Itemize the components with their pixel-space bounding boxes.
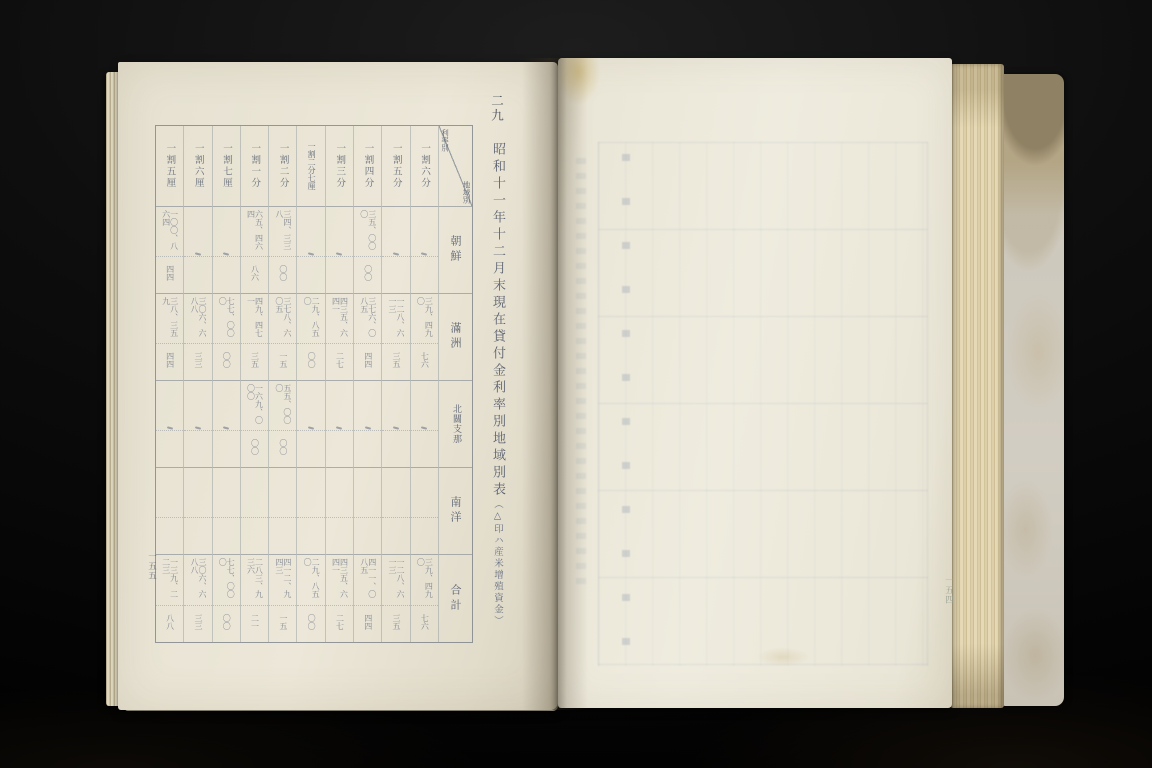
cell-value-integer: 三四、三三八 bbox=[269, 210, 296, 256]
table-cell bbox=[326, 381, 354, 468]
cell-value-decimal: 四四 bbox=[156, 258, 183, 289]
region-label: 朝鮮 bbox=[450, 235, 461, 265]
cell-value-integer: 五五、〇〇〇 bbox=[269, 384, 296, 430]
table-cell: 三〇六、六八八三三 bbox=[184, 294, 212, 381]
table-cell bbox=[382, 468, 410, 555]
table-cell: 三八、三五九四四 bbox=[156, 294, 184, 381]
region-label: 合計 bbox=[450, 584, 461, 614]
cell-value-integer-text: 七七、〇〇〇 bbox=[218, 297, 234, 343]
cell-value-decimal: 三五 bbox=[382, 606, 409, 637]
cell-value-integer-text: 二八三、九三六 bbox=[247, 558, 263, 604]
cell-value-integer: 三五、〇〇〇 bbox=[354, 210, 381, 256]
cell-value-integer: 三七六、〇八五 bbox=[354, 297, 381, 343]
region-label: 滿洲 bbox=[450, 322, 461, 352]
cell-value-integer-text: 三七六、〇八五 bbox=[360, 297, 376, 343]
cell-value-integer-text: 三四、三三八 bbox=[275, 210, 291, 256]
show-through-table bbox=[598, 142, 928, 666]
cell-value-integer: 四一一、〇八五 bbox=[354, 558, 381, 604]
rate-header-cell: 一割六厘 bbox=[184, 126, 212, 207]
region-row-header: 朝鮮 bbox=[439, 207, 472, 294]
region-row-header: 合計 bbox=[439, 555, 472, 642]
table-title: 昭和十一年十二月末現在貸付金利率別地域別表（△印ハ産米增殖資金） bbox=[489, 142, 505, 642]
table-cell bbox=[184, 381, 212, 468]
cell-value-integer-text: 四三五、六四一 bbox=[331, 558, 347, 604]
cell-value-integer: 一六九、〇〇〇 bbox=[241, 384, 268, 430]
rate-header-label: 一割五分 bbox=[391, 143, 401, 189]
table-cell: 三五、〇〇〇〇〇 bbox=[354, 207, 382, 294]
table-cell: 三〇六、六八八三三 bbox=[184, 555, 212, 642]
rate-header-label: 一割三分 bbox=[335, 143, 345, 189]
table-cell: 七七、〇〇〇〇〇 bbox=[213, 555, 241, 642]
cell-value-integer: 二九、八五〇 bbox=[297, 297, 324, 343]
nil-tick-mark bbox=[195, 252, 201, 255]
cell-value-integer: 四三五、六四一 bbox=[326, 558, 353, 604]
cell-value-integer-text: 三八、三五九 bbox=[162, 297, 178, 343]
table-cell: 三七六、〇八五四四 bbox=[354, 294, 382, 381]
cell-value-integer: 一二八、六一三 bbox=[382, 558, 409, 604]
table-cell bbox=[411, 381, 439, 468]
stained-back-page bbox=[1000, 74, 1064, 706]
cell-value-integer-text: 七七、〇〇〇 bbox=[218, 558, 234, 604]
cell-value-decimal: 三三 bbox=[184, 606, 211, 637]
cell-value-decimal: 七六 bbox=[411, 606, 438, 637]
table-cell: 一二八、六一三三五 bbox=[382, 294, 410, 381]
rate-header-label: 一割六分 bbox=[420, 143, 430, 189]
nil-tick-mark bbox=[421, 426, 427, 429]
left-page: 二九 一五五 昭和十一年十二月末現在貸付金利率別地域別表（△印ハ産米增殖資金） … bbox=[118, 62, 558, 710]
table-cell bbox=[326, 468, 354, 555]
cell-value-integer: 三〇六、六八八 bbox=[184, 297, 211, 343]
cell-value-integer: 二八三、九三六 bbox=[241, 558, 268, 604]
table-cell: 四一二、九四三一五 bbox=[269, 555, 297, 642]
table-cell: 四九、四七一三五 bbox=[241, 294, 269, 381]
paper-stain bbox=[560, 58, 612, 122]
table-cell bbox=[297, 381, 325, 468]
nil-tick-mark bbox=[308, 426, 314, 429]
show-through-title-column bbox=[576, 158, 586, 588]
cell-value-decimal: 二七 bbox=[326, 606, 353, 637]
cell-value-decimal: 〇〇 bbox=[297, 345, 324, 376]
cell-value-integer-text: 三五、〇〇〇 bbox=[360, 210, 376, 256]
cell-value-integer: 三九、四九〇 bbox=[411, 297, 438, 343]
table-cell: 三九、四九〇七六 bbox=[411, 294, 439, 381]
cell-value-integer-text: 五五、〇〇〇 bbox=[275, 384, 291, 430]
region-row-header: 北關支那 bbox=[439, 381, 472, 468]
cell-value-decimal: 四四 bbox=[354, 606, 381, 637]
nil-tick-mark bbox=[195, 426, 201, 429]
table-cell bbox=[354, 468, 382, 555]
table-cell: 一六九、〇〇〇〇〇 bbox=[241, 381, 269, 468]
cell-value-integer: 三〇六、六八八 bbox=[184, 558, 211, 604]
cell-value-integer: 六五、四六四 bbox=[241, 210, 268, 256]
cell-value-decimal: 八八 bbox=[156, 606, 183, 637]
cell-value-integer-text: 四一一、〇八五 bbox=[360, 558, 376, 604]
table-cell bbox=[382, 381, 410, 468]
cell-value-decimal: 三三 bbox=[184, 345, 211, 376]
cell-value-integer-text: 三〇六、六八八 bbox=[190, 558, 206, 604]
table-cell: 三四、三三八〇〇 bbox=[269, 207, 297, 294]
rate-header-label: 一割五厘 bbox=[165, 143, 175, 189]
photo-backdrop: 二九 一五五 昭和十一年十二月末現在貸付金利率別地域別表（△印ハ産米增殖資金） … bbox=[0, 0, 1152, 768]
table-cell bbox=[184, 207, 212, 294]
rate-header-cell: 一割一分 bbox=[241, 126, 269, 207]
table-cell: 五五、〇〇〇〇〇 bbox=[269, 381, 297, 468]
table-cell: 二九、八五〇〇〇 bbox=[297, 294, 325, 381]
cell-value-integer: 四九、四七一 bbox=[241, 297, 268, 343]
rate-header-label: 一割四分 bbox=[363, 143, 373, 189]
table-cell bbox=[213, 207, 241, 294]
cell-value-integer-text: 四三五、六四一 bbox=[331, 297, 347, 343]
table-corner-cell: 利率別地域別 bbox=[439, 126, 472, 207]
cell-value-decimal: 〇〇 bbox=[213, 345, 240, 376]
rate-header-cell: 一割三分 bbox=[326, 126, 354, 207]
table-cell: 六五、四六四八六 bbox=[241, 207, 269, 294]
table-cell: 二八三、九三六二一 bbox=[241, 555, 269, 642]
table-cell bbox=[156, 381, 184, 468]
cell-value-integer: 三八、三五九 bbox=[156, 297, 183, 343]
table-cell bbox=[269, 468, 297, 555]
table-cell bbox=[156, 468, 184, 555]
rate-header-label: 一割二分 bbox=[278, 143, 288, 189]
cell-value-decimal: 一五 bbox=[269, 606, 296, 637]
rate-header-label: 一割七厘 bbox=[221, 143, 231, 189]
region-row-header: 南洋 bbox=[439, 468, 472, 555]
cell-value-decimal: 〇〇 bbox=[213, 606, 240, 637]
cell-value-integer-text: 一〇〇、八六四 bbox=[162, 210, 178, 256]
table-cell: 二九、八五〇〇〇 bbox=[297, 555, 325, 642]
table-cell: 四一一、〇八五四四 bbox=[354, 555, 382, 642]
cell-value-decimal: 八六 bbox=[241, 258, 268, 289]
rate-header-label: 一割六厘 bbox=[193, 143, 203, 189]
table-cell: 一〇〇、八六四四四 bbox=[156, 207, 184, 294]
paper-stain-bottom bbox=[748, 644, 818, 670]
cell-value-integer-text: 二九、八五〇 bbox=[303, 297, 319, 343]
cell-value-integer: 一三九、二二三 bbox=[156, 558, 183, 604]
rate-header-label: 一割一分 bbox=[250, 143, 260, 189]
table-cell: 一三九、二二三八八 bbox=[156, 555, 184, 642]
nil-tick-mark bbox=[365, 426, 371, 429]
cell-value-integer-text: 六五、四六四 bbox=[247, 210, 263, 256]
nil-tick-mark bbox=[421, 252, 427, 255]
table-cell: 三七八、六〇五一五 bbox=[269, 294, 297, 381]
region-label: 北關支那 bbox=[451, 404, 460, 444]
cell-value-integer-text: 三九、四九〇 bbox=[416, 558, 432, 604]
table-cell: 一二八、六一三三五 bbox=[382, 555, 410, 642]
nil-tick-mark bbox=[223, 252, 229, 255]
cell-value-decimal: 四四 bbox=[156, 345, 183, 376]
nil-tick-mark bbox=[166, 426, 172, 429]
table-cell bbox=[411, 468, 439, 555]
fore-edge-page-stack bbox=[950, 64, 1004, 708]
cell-value-integer-text: 一三九、二二三 bbox=[162, 558, 178, 604]
cell-value-decimal: 〇〇 bbox=[354, 258, 381, 289]
cell-value-decimal: 〇〇 bbox=[297, 606, 324, 637]
rate-header-cell: 一割二分七厘 bbox=[297, 126, 325, 207]
table-cell bbox=[213, 381, 241, 468]
table-cell bbox=[382, 207, 410, 294]
table-cell bbox=[241, 468, 269, 555]
rate-table: 一割五厘一割六厘一割七厘一割一分一割二分一割二分七厘一割三分一割四分一割五分一割… bbox=[155, 125, 473, 643]
rate-header-cell: 一割六分 bbox=[411, 126, 439, 207]
cell-value-decimal: 四四 bbox=[354, 345, 381, 376]
cell-value-integer: 一二八、六一三 bbox=[382, 297, 409, 343]
cell-value-integer-text: 二九、八五〇 bbox=[303, 558, 319, 604]
cell-value-integer: 七七、〇〇〇 bbox=[213, 297, 240, 343]
cell-value-integer-text: 三〇六、六八八 bbox=[190, 297, 206, 343]
cell-value-decimal: 〇〇 bbox=[269, 432, 296, 463]
cell-value-decimal: 七六 bbox=[411, 345, 438, 376]
page-number-margin-right: 一五四 bbox=[944, 576, 953, 605]
table-cell: 七七、〇〇〇〇〇 bbox=[213, 294, 241, 381]
cell-value-decimal: 二一 bbox=[241, 606, 268, 637]
cell-value-integer-text: 四九、四七一 bbox=[247, 297, 263, 343]
cell-value-integer: 一〇〇、八六四 bbox=[156, 210, 183, 256]
table-cell bbox=[326, 207, 354, 294]
nil-tick-mark bbox=[308, 252, 314, 255]
table-cell: 三九、四九〇七六 bbox=[411, 555, 439, 642]
right-page: 一五四 bbox=[558, 58, 952, 708]
table-cell bbox=[297, 207, 325, 294]
cell-value-integer: 七七、〇〇〇 bbox=[213, 558, 240, 604]
table-cell bbox=[411, 207, 439, 294]
cell-value-decimal: 〇〇 bbox=[269, 258, 296, 289]
cell-value-decimal: 三五 bbox=[382, 345, 409, 376]
cell-value-integer: 三九、四九〇 bbox=[411, 558, 438, 604]
table-cell: 四三五、六四一二七 bbox=[326, 294, 354, 381]
table-cell bbox=[297, 468, 325, 555]
nil-tick-mark bbox=[393, 426, 399, 429]
table-title-note: （△印ハ産米增殖資金） bbox=[492, 499, 503, 627]
corner-label-region: 地域別 bbox=[462, 181, 470, 204]
cell-value-decimal: 一五 bbox=[269, 345, 296, 376]
cell-value-integer: 二九、八五〇 bbox=[297, 558, 324, 604]
cell-value-integer-text: 一六九、〇〇〇 bbox=[247, 384, 263, 430]
rate-header-cell: 一割五分 bbox=[382, 126, 410, 207]
show-through-labels bbox=[622, 154, 630, 654]
cell-value-decimal: 〇〇 bbox=[241, 432, 268, 463]
table-cell bbox=[354, 381, 382, 468]
nil-tick-mark bbox=[393, 252, 399, 255]
cell-value-decimal: 三五 bbox=[241, 345, 268, 376]
cell-value-integer: 四三五、六四一 bbox=[326, 297, 353, 343]
rate-header-cell: 一割二分 bbox=[269, 126, 297, 207]
table-cell bbox=[213, 468, 241, 555]
nil-tick-mark bbox=[223, 426, 229, 429]
page-number-top: 二九 bbox=[490, 94, 503, 123]
rate-header-label: 一割二分七厘 bbox=[307, 142, 315, 190]
cell-value-integer-text: 三七八、六〇五 bbox=[275, 297, 291, 343]
rate-header-cell: 一割五厘 bbox=[156, 126, 184, 207]
cell-value-integer: 四一二、九四三 bbox=[269, 558, 296, 604]
table-cell bbox=[184, 468, 212, 555]
region-row-header: 滿洲 bbox=[439, 294, 472, 381]
nil-tick-mark bbox=[336, 426, 342, 429]
rate-header-cell: 一割七厘 bbox=[213, 126, 241, 207]
cell-value-decimal: 二七 bbox=[326, 345, 353, 376]
cell-value-integer: 三七八、六〇五 bbox=[269, 297, 296, 343]
cell-value-integer-text: 一二八、六一三 bbox=[388, 558, 404, 604]
cell-value-integer-text: 四一二、九四三 bbox=[275, 558, 291, 604]
nil-tick-mark bbox=[336, 252, 342, 255]
corner-label-rate: 利率別 bbox=[441, 129, 449, 152]
rate-header-cell: 一割四分 bbox=[354, 126, 382, 207]
table-cell: 四三五、六四一二七 bbox=[326, 555, 354, 642]
cell-value-integer-text: 三九、四九〇 bbox=[416, 297, 432, 343]
table-title-text: 昭和十一年十二月末現在貸付金利率別地域別表 bbox=[490, 142, 505, 499]
region-label: 南洋 bbox=[450, 496, 461, 526]
cell-value-integer-text: 一二八、六一三 bbox=[388, 297, 404, 343]
